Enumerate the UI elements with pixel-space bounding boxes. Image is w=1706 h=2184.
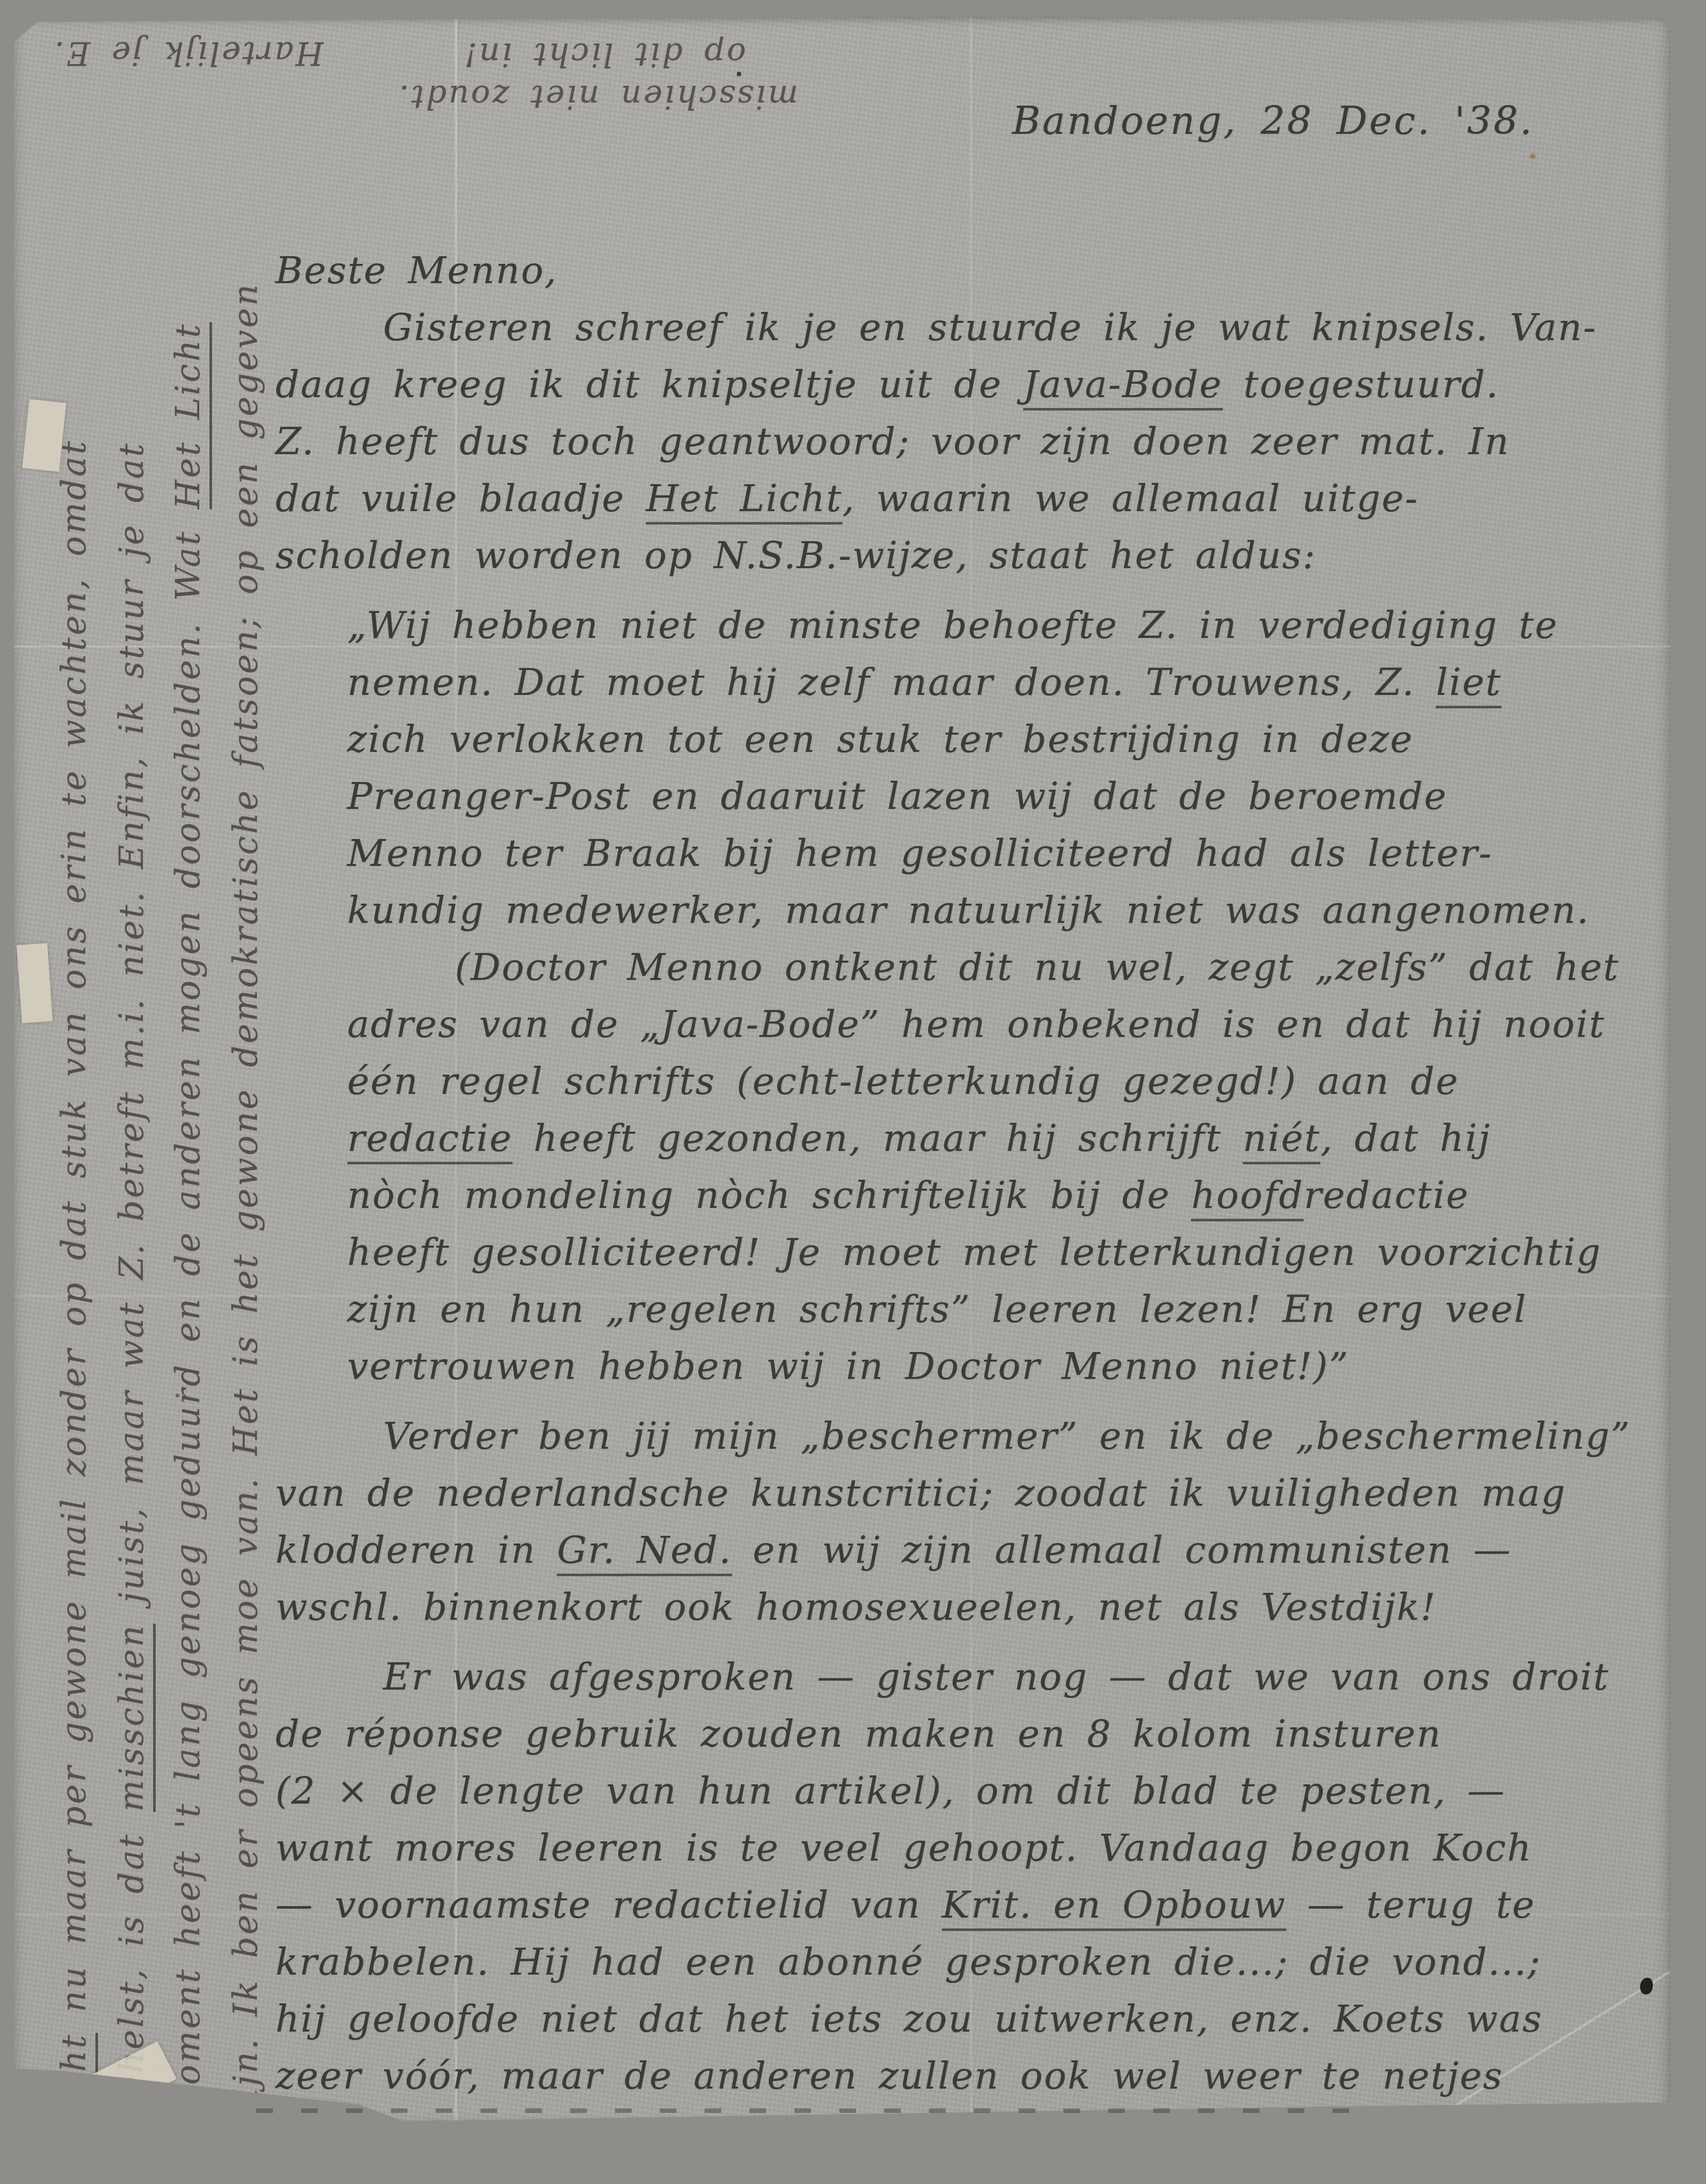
text-segment: Preanger-Post en daaruit lazen wij dat d… bbox=[347, 774, 1447, 818]
tape-fragment bbox=[17, 943, 53, 1023]
text-segment: op dit licht in! bbox=[463, 36, 746, 73]
text-segment: klodderen in bbox=[275, 1528, 557, 1572]
text-segment: dat vuile blaadje bbox=[275, 477, 646, 520]
letter-body: Beste Menno, Gisteren schreef ik je en s… bbox=[275, 242, 1675, 2105]
text-segment: , dat hij bbox=[1320, 1116, 1491, 1160]
handwritten-line: adres van de „Java-Bode” hem onbekend is… bbox=[347, 996, 1675, 1053]
text-segment: van de nederlandsche kunstcritici; zooda… bbox=[275, 1471, 1566, 1515]
handwritten-line: nemen. Dat moet hij zelf maar doen. Trou… bbox=[347, 654, 1675, 711]
text-segment: nòch mondeling nòch schriftelijk bij de bbox=[347, 1173, 1191, 1217]
tape-fragment bbox=[22, 399, 67, 471]
underlined-word: liet bbox=[1436, 660, 1502, 708]
underlined-word: redactie bbox=[347, 1116, 513, 1164]
paragraph-quoted-clipping: „Wij hebben niet de minste behoefte Z. i… bbox=[275, 597, 1675, 1395]
text-segment: Hartelijk je E. bbox=[53, 35, 324, 72]
handwritten-line: wschl. binnenkort ook homosexueelen, net… bbox=[275, 1579, 1675, 1636]
text-segment: nemen. Dat moet hij zelf maar doen. Trou… bbox=[347, 660, 1436, 704]
text-segment: misschien niet zoudt. bbox=[397, 78, 798, 115]
torn-edge-debris bbox=[256, 2108, 1377, 2113]
handwritten-line: (Doctor Menno ontkent dit nu wel, zegt „… bbox=[347, 939, 1675, 996]
text-segment: en wij zijn allemaal communisten — bbox=[732, 1528, 1512, 1572]
text-segment: (2 × de lengte van hun artikel), om dit … bbox=[275, 1769, 1505, 1813]
paragraph-beschermer: Verder ben jij mijn „beschermer” en ik d… bbox=[275, 1408, 1675, 1636]
text-segment: vertrouwen hebben wij in Doctor Menno ni… bbox=[347, 1344, 1349, 1388]
handwritten-line: Gisteren schreef ik je en stuurde ik je … bbox=[275, 299, 1675, 356]
text-segment: toegestuurd. bbox=[1223, 363, 1500, 406]
text-segment: Er was afgesproken — gister nog — dat we… bbox=[383, 1655, 1609, 1699]
text-segment: Menno ter Braak bij hem gesolliciteerd h… bbox=[347, 831, 1493, 875]
handwritten-line: hij geloofde niet dat het iets zou uitwe… bbox=[275, 1991, 1675, 2048]
paper-speck bbox=[737, 72, 741, 76]
text-segment: Z. heeft dus toch geantwoord; voor zijn … bbox=[275, 420, 1510, 463]
handwritten-line: krabbelen. Hij had een abonné gesproken … bbox=[275, 1934, 1675, 1991]
text-segment: Verder ben jij mijn „beschermer” en ik d… bbox=[383, 1414, 1631, 1458]
handwritten-line: daag kreeg ik dit knipseltje uit de Java… bbox=[275, 356, 1675, 413]
paper-speck bbox=[1530, 154, 1536, 159]
top-flipped-line: misschien niet zoudt. bbox=[397, 78, 798, 115]
handwritten-line: heeft gesolliciteerd! Je moet met letter… bbox=[347, 1224, 1675, 1281]
underlined-word: misschien bbox=[113, 1624, 156, 1812]
text-segment: — terug te bbox=[1286, 1883, 1536, 1927]
handwritten-line: redactie heeft gezonden, maar hij schrij… bbox=[347, 1110, 1675, 1167]
text-segment: zijn. Ik ben er opeens moe van. Het is h… bbox=[227, 282, 265, 2119]
paper-speck bbox=[176, 1394, 179, 1398]
text-segment: , waarin we allemaal uitge- bbox=[842, 477, 1419, 520]
paragraph-opening: Gisteren schreef ik je en stuurde ik je … bbox=[275, 299, 1675, 584]
text-segment: zijn en hun „regelen schrifts” leeren le… bbox=[347, 1287, 1527, 1331]
text-segment: heeft gesolliciteerd! Je moet met letter… bbox=[347, 1230, 1602, 1274]
text-segment: kundig medewerker, maar natuurlijk niet … bbox=[347, 888, 1590, 932]
underlined-word: niét bbox=[1243, 1116, 1321, 1164]
salutation: Beste Menno, bbox=[275, 242, 1675, 299]
text-segment: adres van de „Java-Bode” hem onbekend is… bbox=[347, 1002, 1605, 1046]
text-segment: Gisteren schreef ik je en stuurde ik je … bbox=[383, 306, 1597, 349]
underlined-word: licht bbox=[55, 2033, 98, 2119]
handwritten-line: nòch mondeling nòch schriftelijk bij de … bbox=[347, 1167, 1675, 1224]
signature-flipped: Hartelijk je E. bbox=[53, 35, 324, 72]
handwritten-line: dat vuile blaadje Het Licht, waarin we a… bbox=[275, 470, 1675, 527]
handwritten-line: klodderen in Gr. Ned. en wij zijn allema… bbox=[275, 1522, 1675, 1579]
margin-line-4: licht nu maar per gewone mail zonder op … bbox=[54, 439, 95, 2119]
text-segment: de réponse gebruik zouden maken en 8 kol… bbox=[275, 1712, 1442, 1756]
top-flipped-line: op dit licht in! bbox=[463, 36, 746, 73]
text-segment: want mores leeren is te veel gehoopt. Va… bbox=[275, 1826, 1532, 1870]
text-segment: krabbelen. Hij had een abonné gesproken … bbox=[275, 1940, 1541, 1984]
underlined-word: Het Licht bbox=[646, 477, 842, 525]
text-segment: hij geloofde niet dat het iets zou uitwe… bbox=[275, 1997, 1543, 2041]
text-segment: heeft gezonden, maar hij schrijft bbox=[513, 1116, 1242, 1160]
margin-line-2: moment heeft 't lang genoeg geduurd en d… bbox=[168, 322, 209, 2119]
handwritten-line: „Wij hebben niet de minste behoefte Z. i… bbox=[347, 597, 1675, 654]
text-segment: nu maar per gewone mail zonder op dat st… bbox=[55, 439, 94, 2033]
underlined-word: Java-Bode bbox=[1023, 363, 1223, 411]
handwritten-line: zeer vóór, maar de anderen zullen ook we… bbox=[275, 2048, 1675, 2105]
handwritten-line: — voornaamste redactielid van Krit. en O… bbox=[275, 1877, 1675, 1934]
handwritten-line: één regel schrifts (echt-letterkundig ge… bbox=[347, 1053, 1675, 1110]
text-segment: juist, maar wat Z. betreft m.i. niet. En… bbox=[113, 441, 151, 1624]
underlined-word: hoofd bbox=[1191, 1173, 1304, 1221]
underlined-word: Krit. en Opbouw bbox=[942, 1883, 1286, 1931]
text-segment: zeer vóór, maar de anderen zullen ook we… bbox=[275, 2054, 1504, 2098]
text-segment: redactie bbox=[1304, 1173, 1469, 1217]
handwritten-line: Er was afgesproken — gister nog — dat we… bbox=[275, 1649, 1675, 1706]
text-segment: scholden worden op N.S.B.-wijze, staat h… bbox=[275, 534, 1316, 577]
handwritten-line: de réponse gebruik zouden maken en 8 kol… bbox=[275, 1706, 1675, 1763]
text-segment: wschl. binnenkort ook homosexueelen, net… bbox=[275, 1585, 1437, 1629]
handwritten-line: Menno ter Braak bij hem gesolliciteerd h… bbox=[347, 825, 1675, 882]
dateline: Bandoeng, 28 Dec. '38. bbox=[1012, 99, 1534, 143]
handwritten-line: Preanger-Post en daaruit lazen wij dat d… bbox=[347, 768, 1675, 825]
margin-line-3: behelst, is dat misschien juist, maar wa… bbox=[111, 441, 152, 2119]
handwritten-line: van de nederlandsche kunstcritici; zooda… bbox=[275, 1465, 1675, 1522]
letter-page: Bandoeng, 28 Dec. '38. Beste Menno, Gist… bbox=[14, 17, 1671, 2121]
margin-line-1: zijn. Ik ben er opeens moe van. Het is h… bbox=[226, 282, 267, 2119]
text-segment: — voornaamste redactielid van bbox=[275, 1883, 942, 1927]
handwritten-line: vertrouwen hebben wij in Doctor Menno ni… bbox=[347, 1338, 1675, 1395]
handwritten-line: Z. heeft dus toch geantwoord; voor zijn … bbox=[275, 413, 1675, 470]
text-segment: daag kreeg ik dit knipseltje uit de bbox=[275, 363, 1023, 406]
text-segment: zich verlokken tot een stuk ter bestrijd… bbox=[347, 717, 1413, 761]
underlined-word: Gr. Ned. bbox=[557, 1528, 732, 1576]
paragraph-droit-de-reponse: Er was afgesproken — gister nog — dat we… bbox=[275, 1649, 1675, 2105]
handwritten-line: kundig medewerker, maar natuurlijk niet … bbox=[347, 882, 1675, 939]
handwritten-line: scholden worden op N.S.B.-wijze, staat h… bbox=[275, 527, 1675, 584]
handwritten-line: zich verlokken tot een stuk ter bestrijd… bbox=[347, 711, 1675, 768]
text-segment: moment heeft 't lang genoeg geduurd en d… bbox=[169, 509, 208, 2119]
underlined-word: Het Licht bbox=[169, 322, 212, 509]
handwritten-line: want mores leeren is te veel gehoopt. Va… bbox=[275, 1820, 1675, 1877]
text-segment: één regel schrifts (echt-letterkundig ge… bbox=[347, 1059, 1459, 1103]
handwritten-line: (2 × de lengte van hun artikel), om dit … bbox=[275, 1763, 1675, 1820]
handwritten-line: Verder ben jij mijn „beschermer” en ik d… bbox=[275, 1408, 1675, 1465]
scanned-letter-image: Bandoeng, 28 Dec. '38. Beste Menno, Gist… bbox=[0, 0, 1706, 2184]
text-segment: (Doctor Menno ontkent dit nu wel, zegt „… bbox=[455, 945, 1620, 989]
handwritten-line: zijn en hun „regelen schrifts” leeren le… bbox=[347, 1281, 1675, 1338]
text-segment: „Wij hebben niet de minste behoefte Z. i… bbox=[347, 603, 1558, 647]
